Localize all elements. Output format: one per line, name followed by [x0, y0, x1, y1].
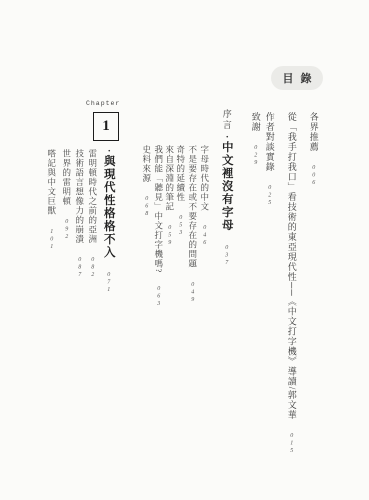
toc-entry-title: 作者對談實錄 — [265, 112, 275, 172]
chapter1-title: 與現代性格格不入 — [103, 155, 115, 259]
toc-subentry-title: 技術語言想像力的崩潰 — [75, 149, 85, 244]
toc-subentry-page: 087 — [77, 257, 83, 280]
intro-page: 037 — [224, 245, 230, 268]
toc-subentry-page: 068 — [144, 196, 150, 219]
separator-dot: ・ — [222, 132, 232, 141]
toc-subentry-title: 雷明頓時代之前的亞洲 — [88, 149, 98, 244]
toc-subentry-page: 063 — [156, 286, 162, 309]
book-toc-page: 目錄 各界推薦006 從「我手打我口」看技術的東亞現代性──《中文打字機》導讀/… — [0, 0, 369, 500]
chapter-number: 1 — [102, 118, 110, 135]
toc-entry-page: 025 — [267, 185, 273, 208]
toc-subentry-title: 史料來源 — [142, 145, 152, 183]
toc-entry-page: 015 — [289, 433, 295, 456]
toc-entry-page: 029 — [253, 145, 259, 168]
toc-title-badge: 目錄 — [271, 66, 323, 90]
chapter1-page: 071 — [106, 272, 112, 295]
toc-subentry-page: 059 — [167, 225, 173, 248]
toc-subentry: 嗒記與中文巨獸101 — [43, 149, 60, 251]
toc-entry-title: 各界推薦 — [309, 112, 319, 152]
toc-entry-title: 致謝 — [251, 112, 261, 132]
toc-subentry-page: 092 — [64, 219, 70, 242]
toc-subentry-title: 我們能「聽見」中文打字機嗎? — [154, 145, 164, 273]
toc-entry-recommendations: 各界推薦006 — [305, 112, 322, 188]
toc-subentry: 史料來源068 — [138, 145, 155, 219]
toc-subentry-page: 046 — [202, 225, 208, 248]
toc-entry-foreword: 從「我手打我口」看技術的東亞現代性──《中文打字機》導讀/郭文華015 — [283, 112, 300, 456]
toc-subentry: 世界的雷明頓092 — [58, 149, 75, 242]
chapter-word-label: Chapter — [86, 100, 120, 107]
toc-subentry-page: 101 — [49, 229, 55, 252]
chapter-number-box: 1 — [93, 112, 119, 141]
toc-subentry-title: 字母時代的中文 — [200, 145, 210, 212]
toc-section-chapter1: ・與現代性格格不入071 — [100, 145, 117, 295]
toc-subentry-title: 世界的雷明頓 — [62, 149, 72, 206]
toc-subentry-page: 049 — [190, 282, 196, 305]
toc-subentry-title: 不是要存在或不要存在的問題 — [188, 145, 198, 269]
toc-subentry-page: 082 — [90, 257, 96, 280]
toc-entry-acknowledgements: 致謝029 — [247, 112, 264, 168]
toc-title-label: 目錄 — [276, 70, 319, 86]
intro-label: 序言 — [222, 109, 232, 131]
toc-entry-page: 006 — [311, 165, 317, 188]
separator-dot: ・ — [104, 146, 114, 155]
toc-subentry-page: 053 — [178, 215, 184, 238]
toc-section-intro: 序言・中文裡沒有字母037 — [218, 109, 235, 268]
toc-subentry-title: 嗒記與中文巨獸 — [47, 149, 57, 216]
intro-title: 中文裡沒有字母 — [221, 141, 233, 232]
toc-entry-title: 從「我手打我口」看技術的東亞現代性──《中文打字機》導讀/郭文華 — [287, 112, 297, 420]
